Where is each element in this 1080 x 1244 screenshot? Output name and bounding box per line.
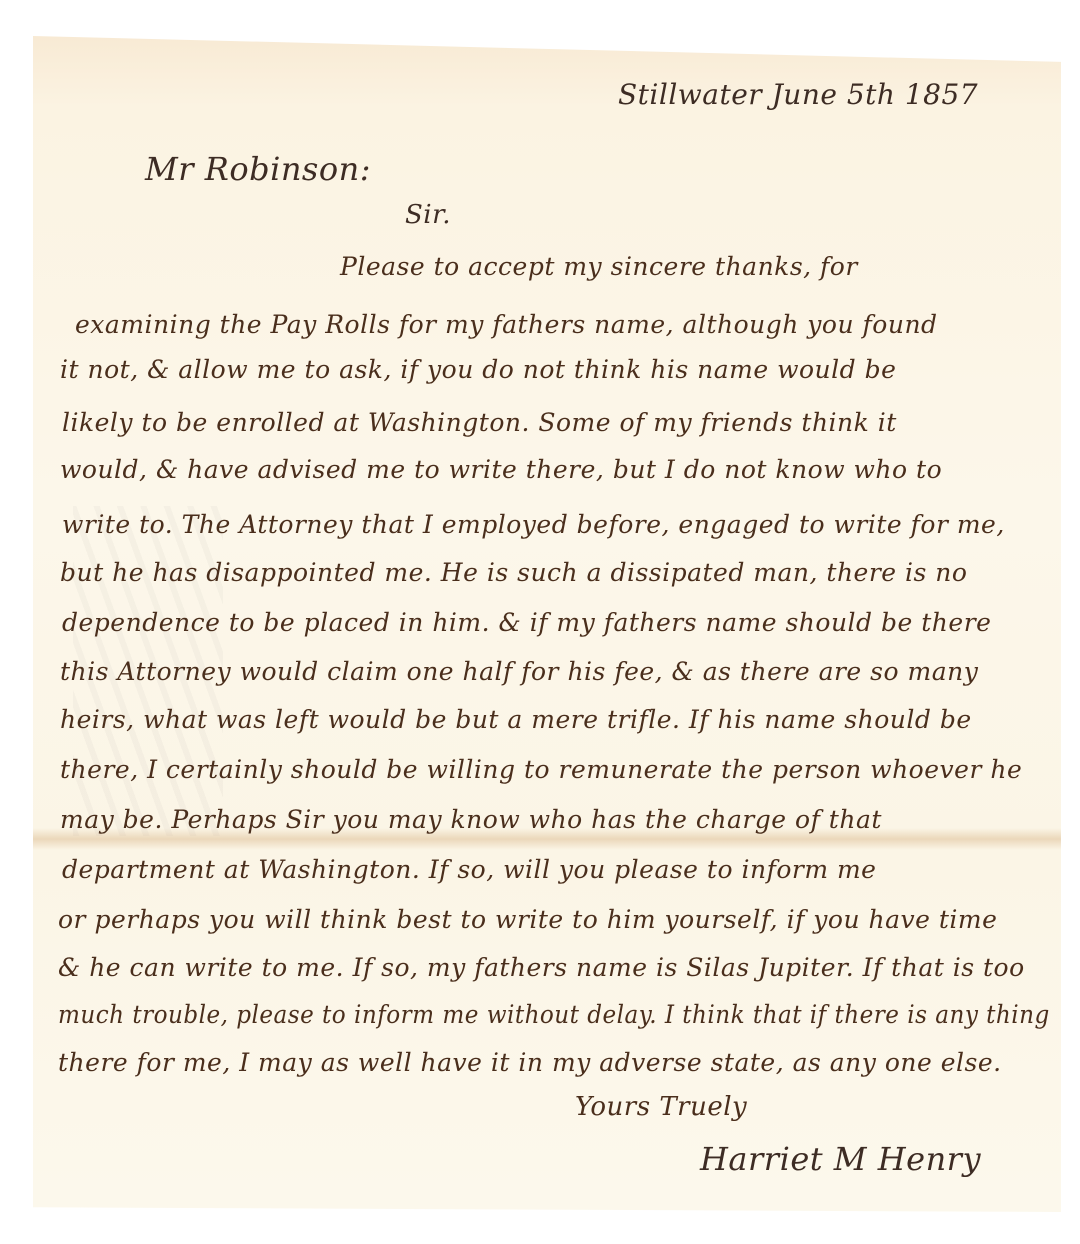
body-line: Please to accept my sincere thanks, for — [340, 252, 858, 281]
date: June 5th 1857 — [772, 78, 979, 111]
body-line: but he has disappointed me. He is such a… — [60, 558, 967, 587]
body-line: department at Washington. If so, will yo… — [62, 855, 876, 884]
body-line: this Attorney would claim one half for h… — [60, 657, 978, 686]
body-line: write to. The Attorney that I employed b… — [62, 510, 1005, 539]
body-line: there for me, I may as well have it in m… — [58, 1048, 1002, 1077]
body-line: may be. Perhaps Sir you may know who has… — [60, 805, 882, 834]
body-line: or perhaps you will think best to write … — [58, 905, 997, 934]
body-line: there, I certainly should be willing to … — [60, 755, 1022, 784]
greeting: Sir. — [405, 200, 451, 230]
body-line: & he can write to me. If so, my fathers … — [58, 953, 1025, 982]
dateline: Stillwater June 5th 1857 — [618, 78, 978, 111]
body-line: much trouble, please to inform me withou… — [58, 1000, 1050, 1029]
place: Stillwater — [618, 78, 762, 111]
body-line: likely to be enrolled at Washington. Som… — [62, 408, 897, 437]
body-line: examining the Pay Rolls for my fathers n… — [75, 310, 938, 339]
body-line: heirs, what was left would be but a mere… — [60, 705, 972, 734]
body-line: dependence to be placed in him. & if my … — [62, 608, 991, 637]
salutation: Mr Robinson: — [145, 150, 371, 188]
closing: Yours Truely — [575, 1092, 747, 1122]
body-line: it not, & allow me to ask, if you do not… — [60, 355, 896, 384]
body-line: would, & have advised me to write there,… — [60, 455, 942, 484]
signature: Harriet M Henry — [700, 1140, 981, 1178]
